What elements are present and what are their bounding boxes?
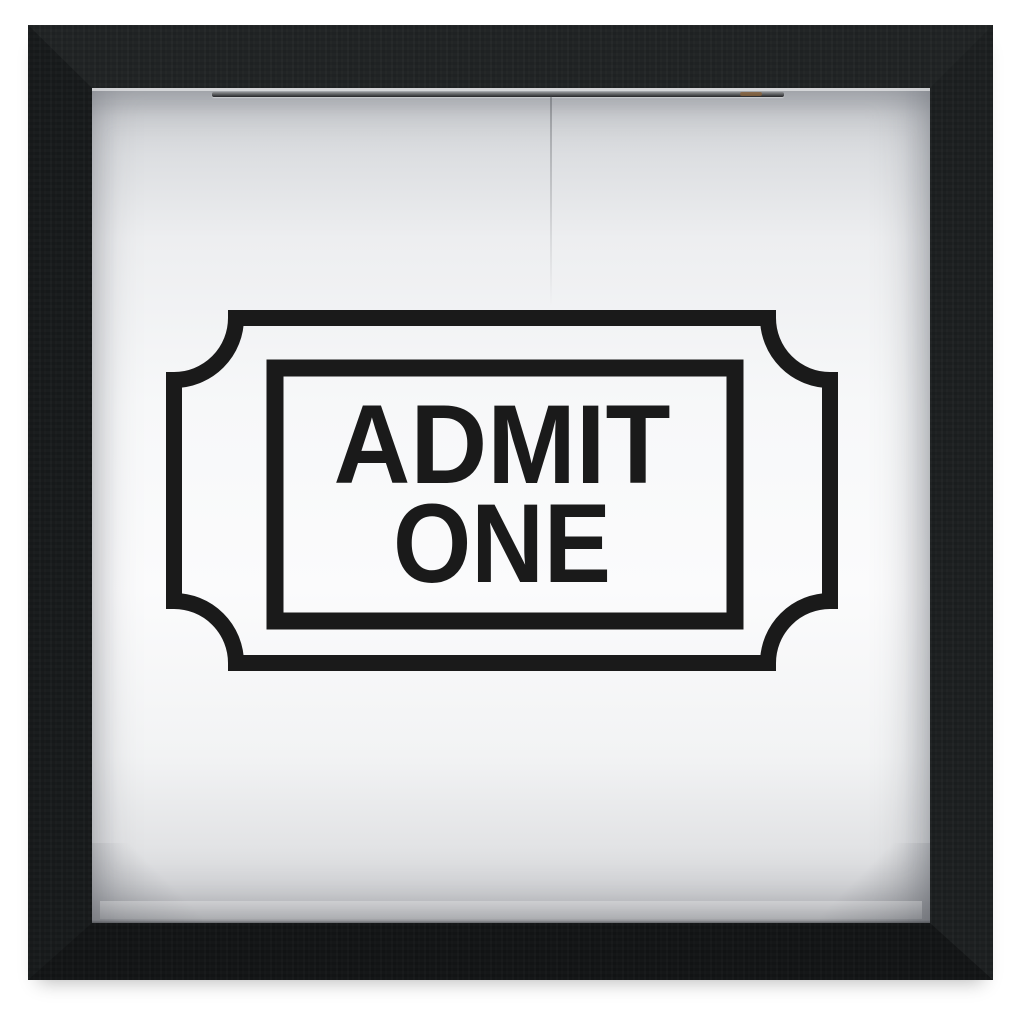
ticket-text-line-2: ONE xyxy=(393,481,611,606)
box-interior: ADMIT ONE xyxy=(92,88,930,923)
photo-backdrop: ADMIT ONE xyxy=(0,0,1024,1014)
shadow-box: ADMIT ONE xyxy=(28,25,993,980)
admit-one-ticket-graphic: ADMIT ONE xyxy=(92,88,930,923)
